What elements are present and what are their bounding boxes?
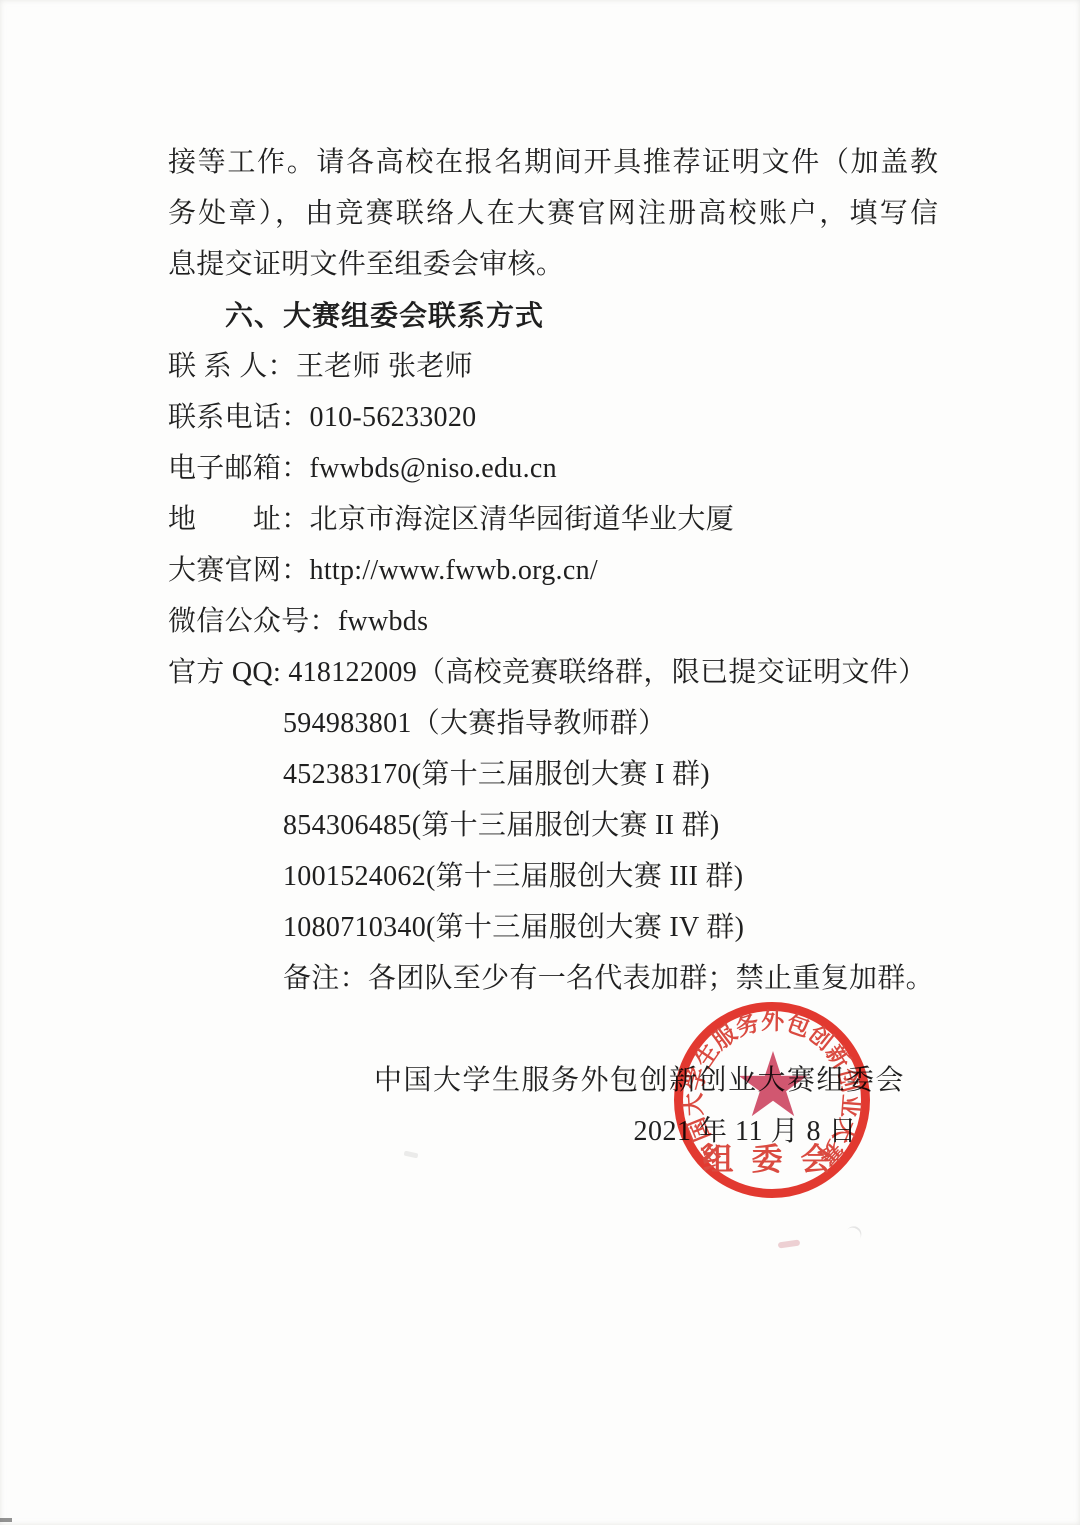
qq-group-row: 854306485(第十三届服创大赛 II 群) xyxy=(168,800,938,851)
contact-value: fwwbds@niso.edu.cn xyxy=(310,453,557,484)
paragraph-line: 接等工作。请各高校在报名期间开具推荐证明文件（加盖教 xyxy=(168,137,938,188)
qq-group-row: 594983801（大赛指导教师群） xyxy=(168,698,938,749)
ink-smudge xyxy=(778,1239,801,1248)
contact-row-address: 地 址：北京市海淀区清华园街道华业大厦 xyxy=(168,494,938,545)
contact-value: 010-56233020 xyxy=(310,402,477,433)
contact-label: 联系电话： xyxy=(168,402,310,433)
contact-label: 大赛官网： xyxy=(168,555,310,586)
contact-label: 官方 QQ: xyxy=(168,657,288,688)
qq-group-row: 1001524062(第十三届服创大赛 III 群) xyxy=(168,851,938,902)
contact-label: 联 系 人： xyxy=(168,351,296,382)
paragraph-line: 务处章），由竞赛联络人在大赛官网注册高校账户，填写信 xyxy=(168,188,938,239)
contact-row-email: 电子邮箱：fwwbds@niso.edu.cn xyxy=(168,443,938,494)
contact-row-website: 大赛官网：http://www.fwwb.org.cn/ xyxy=(168,545,938,596)
official-red-seal: 中国大学生服务外包创新创业大赛 组委会 xyxy=(658,986,886,1214)
contact-row-person: 联 系 人：王老师 张老师 xyxy=(168,341,938,392)
seal-bottom-text: 组委会 xyxy=(703,1142,850,1177)
section-heading: 六、大赛组委会联系方式 xyxy=(168,290,938,341)
contact-label: 地 址： xyxy=(168,504,310,535)
scan-artifact xyxy=(0,1518,12,1522)
qq-group-row: 1080710340(第十三届服创大赛 IV 群) xyxy=(168,902,938,953)
contact-value: 418122009（高校竞赛联络群，限已提交证明文件） xyxy=(288,657,926,688)
contact-row-wechat: 微信公众号：fwwbds xyxy=(168,596,938,647)
contact-value: 北京市海淀区清华园街道华业大厦 xyxy=(310,504,735,535)
seal-star-icon xyxy=(739,1051,807,1116)
contact-row-qq: 官方 QQ: 418122009（高校竞赛联络群，限已提交证明文件） xyxy=(168,647,938,698)
qq-group-row: 452383170(第十三届服创大赛 I 群) xyxy=(168,749,938,800)
paragraph-line: 息提交证明文件至组委会审核。 xyxy=(168,239,938,290)
contact-value: 王老师 张老师 xyxy=(296,351,473,382)
contact-label: 微信公众号： xyxy=(168,606,338,637)
scanned-document-page: 接等工作。请各高校在报名期间开具推荐证明文件（加盖教 务处章），由竞赛联络人在大… xyxy=(0,0,1080,1525)
scan-artifact xyxy=(841,1223,864,1247)
contact-label: 电子邮箱： xyxy=(168,453,310,484)
contact-row-phone: 联系电话：010-56233020 xyxy=(168,392,938,443)
contact-value: http://www.fwwb.org.cn/ xyxy=(310,555,598,586)
contact-value: fwwbds xyxy=(338,606,428,637)
